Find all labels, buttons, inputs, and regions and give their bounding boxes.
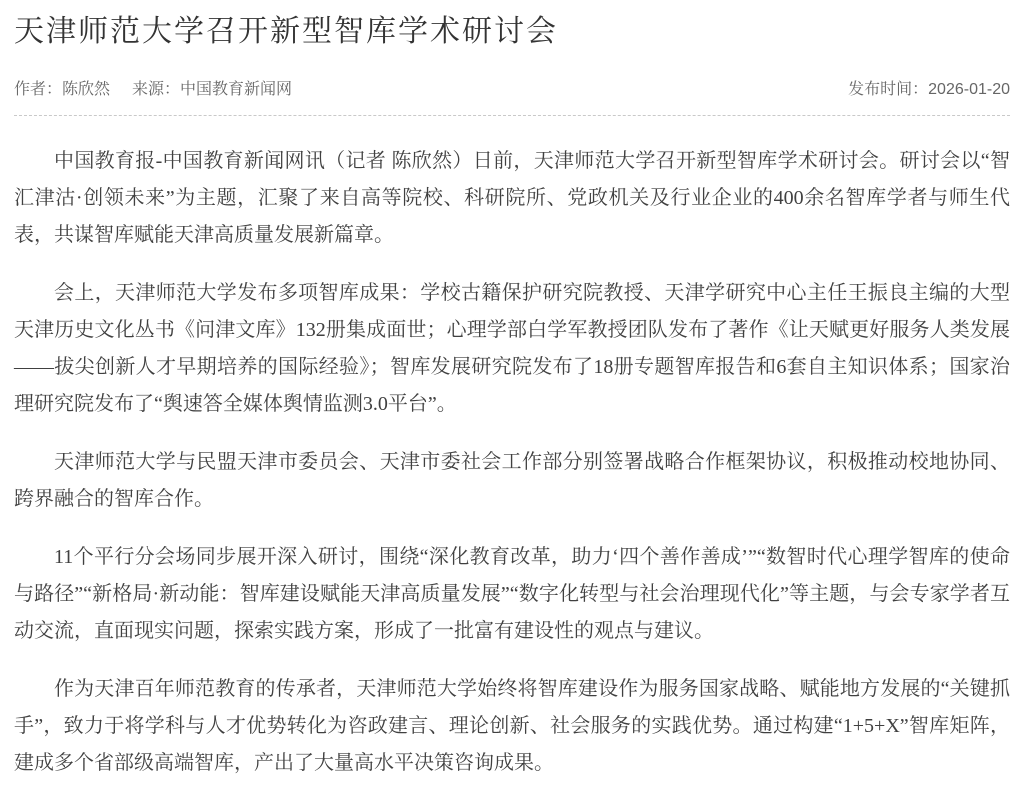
article-meta-left: 作者：陈欣然来源：中国教育新闻网 xyxy=(14,76,292,99)
author-name: 陈欣然 xyxy=(62,81,110,98)
author-label: 作者： xyxy=(14,81,62,98)
source-name: 中国教育新闻网 xyxy=(180,81,292,98)
article-paragraph-5: 作为天津百年师范教育的传承者，天津师范大学始终将智库建设作为服务国家战略、赋能地… xyxy=(14,671,1010,782)
article-body: 中国教育报-中国教育新闻网讯（记者 陈欣然）日前，天津师范大学召开新型智库学术研… xyxy=(14,143,1010,782)
publish-date: 2026-01-20 xyxy=(928,81,1010,98)
article-paragraph-4: 11个平行分会场同步展开深入研讨，围绕“深化教育改革，助力‘四个善作善成’”“数… xyxy=(14,539,1010,650)
source-label: 来源： xyxy=(132,81,180,98)
article-title: 天津师范大学召开新型智库学术研讨会 xyxy=(14,14,1010,50)
article-page: 天津师范大学召开新型智库学术研讨会 作者：陈欣然来源：中国教育新闻网 发布时间：… xyxy=(0,14,1024,782)
article-meta-right: 发布时间：2026-01-20 xyxy=(848,76,1010,99)
publish-time-label: 发布时间： xyxy=(848,81,928,98)
article-paragraph-3: 天津师范大学与民盟天津市委员会、天津市委社会工作部分别签署战略合作框架协议，积极… xyxy=(14,444,1010,518)
article-paragraph-1: 中国教育报-中国教育新闻网讯（记者 陈欣然）日前，天津师范大学召开新型智库学术研… xyxy=(14,143,1010,254)
article-paragraph-2: 会上，天津师范大学发布多项智库成果：学校古籍保护研究院教授、天津学研究中心主任王… xyxy=(14,275,1010,423)
meta-divider xyxy=(14,115,1010,116)
article-meta-row: 作者：陈欣然来源：中国教育新闻网 发布时间：2026-01-20 xyxy=(14,76,1010,99)
